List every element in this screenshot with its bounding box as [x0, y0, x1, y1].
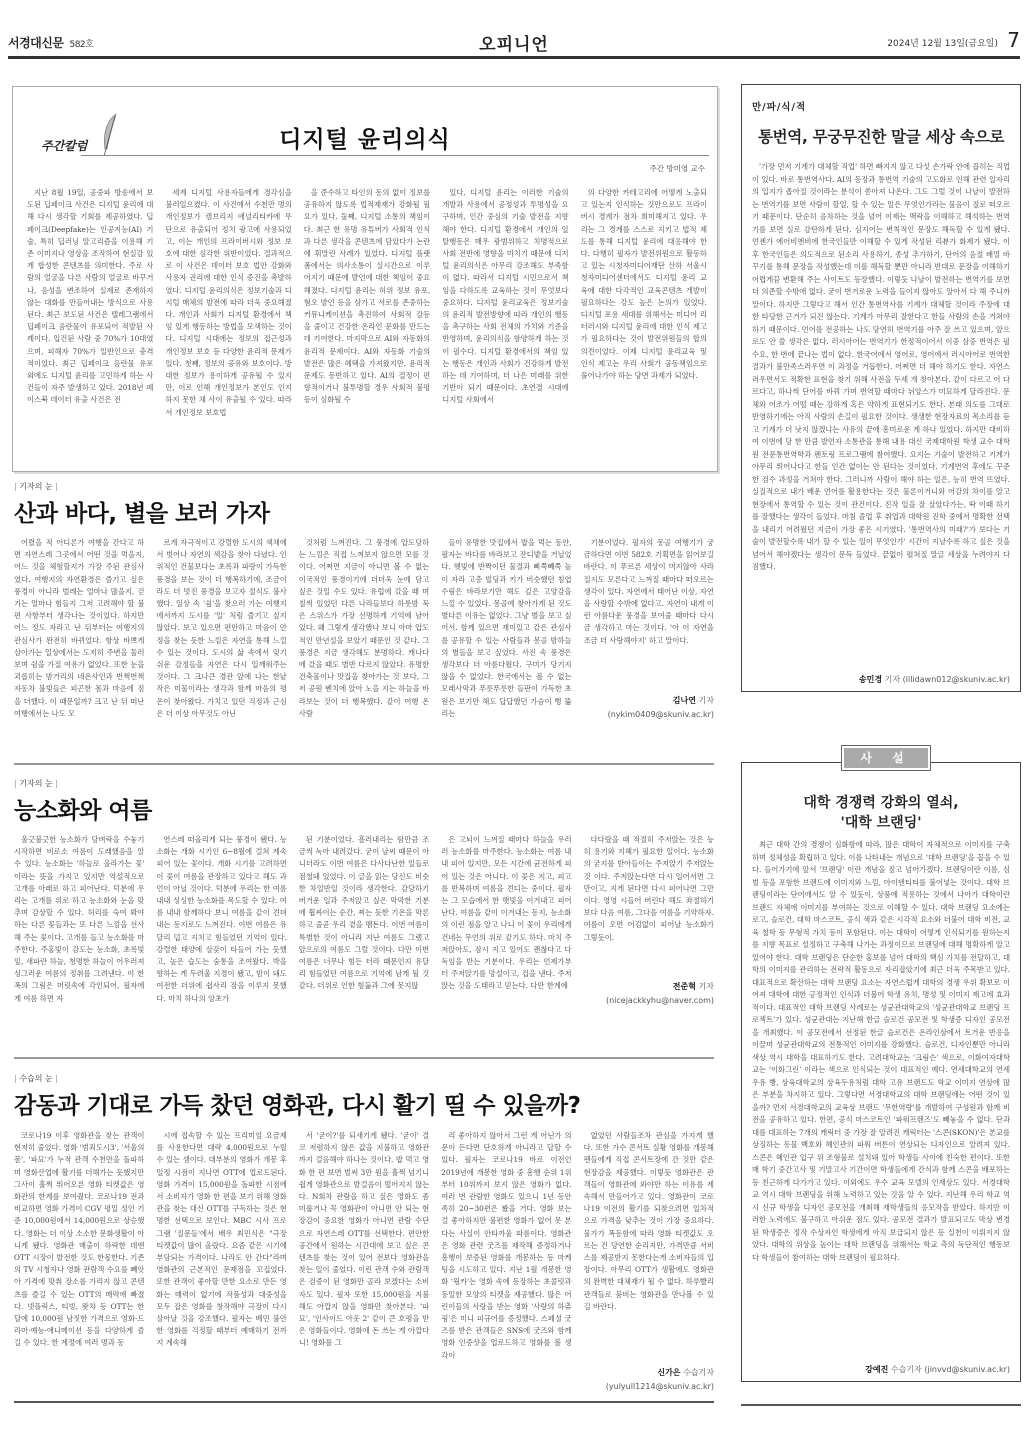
- author-email: (nykim0409@skuniv.ac.kr): [608, 710, 714, 719]
- body-column: 없었던 사람들조차 관심을 가지게 했다. 또한 가수 콘서트 실황 영화를 개…: [584, 1130, 714, 1365]
- body-column: 것처럼 느껴진다. 그 풍경에 압도당하는 느낌은 직접 느껴보지 않으면 모를…: [299, 537, 429, 747]
- column-byline: 주간 방미영 교수: [650, 163, 705, 174]
- author-name: 신가은: [657, 1368, 680, 1377]
- body-column: 울긋불긋한 능소화가 담벼락을 수놓기 시작하면 비로소 여름이 도래했음을 알…: [14, 834, 144, 1046]
- body-column: 다다랐을 때 적절히 주저앉는 것은 능히 용기와 지혜가 필요한 일이다. 능…: [584, 834, 714, 974]
- column-title: 디지털 윤리의식: [13, 121, 717, 154]
- article-headline: 감동과 기대로 가득 찼던 영화관, 다시 활기 띨 수 있을까?: [14, 1087, 580, 1120]
- column-title: 통번역, 무궁무진한 말글 세상 속으로: [742, 125, 1020, 147]
- manpasikjeok-column: 만/파/식/적 통번역, 무궁무진한 말글 세상 속으로 '가장 먼저 기계가 …: [741, 84, 1021, 692]
- section-divider: [14, 1057, 714, 1059]
- column-body: '가장 먼저 기계가 대체할 직업' 하면 빠지지 않고 다섯 손가락 안에 꼽…: [752, 161, 1010, 681]
- article-kicker: 기자의 눈: [14, 778, 58, 789]
- author-name: 김나연: [673, 696, 696, 705]
- section-divider: [14, 763, 714, 765]
- author-email: (yulyull1214@skuniv.ac.kr): [606, 1382, 714, 1391]
- masthead: 서경대신문582호 오피니언 2024년 12월 13일(금요일) 7: [8, 30, 1020, 56]
- body-column: 기분이었다. 필자의 몽골 여행기가 궁금하다면 이번 582호 기획면을 읽어…: [584, 537, 714, 682]
- weekly-column: 주간칼럼 디지털 윤리의식 주간 방미영 교수 지난 8월 19일, 공중파 방…: [12, 86, 718, 472]
- editorial: 대학 경쟁력 강화의 열쇠, '대학 브랜딩' 최근 대학 간의 경쟁이 심화함…: [741, 762, 1021, 1382]
- article-byline: 전준혁 기자 (nicejackkyhu@naver.com): [586, 980, 714, 1008]
- article-body: 울긋불긋한 능소화가 담벼락을 수놓기 시작하면 비로소 여름이 도래했음을 알…: [14, 834, 714, 1046]
- body-column: 연스레 떠올리게 되는 풍경이 됐다. 능소화는 개화 시기인 6~8월에 걸쳐…: [156, 834, 286, 1046]
- body-column: 르게 자극적이고 강렬한 도시의 색채에서 벗어나 자연의 색감을 찾아 다녔다…: [156, 537, 286, 747]
- article-byline: 김나연 기자 (nykim0409@skuniv.ac.kr): [586, 694, 714, 722]
- publication-date: 2024년 12월 13일(금요일): [887, 36, 998, 49]
- section-divider: [14, 1401, 714, 1403]
- author-name: 전준혁: [673, 982, 696, 991]
- editorial-title: 대학 경쟁력 강화의 열쇠, '대학 브랜딩': [742, 793, 1020, 833]
- article-kicker: 기자의 눈: [14, 481, 58, 492]
- author-role: 기자: [699, 696, 714, 705]
- column-byline: 송민경 기자 (lilidawn012@skuniv.ac.kr): [859, 673, 1010, 687]
- column-body: 지난 8월 19일, 공중파 방송에서 보도된 딥페이크 사건은 디지털 윤리에…: [27, 187, 707, 467]
- author-role: 수습기자: [891, 1365, 922, 1374]
- author-name: 강예진: [865, 1365, 888, 1374]
- body-column: 시에 접속할 수 있는 프리미엄 요금제를 사용한다면 대략 4,000원으로 …: [156, 1130, 286, 1398]
- author-name: 송민경: [859, 675, 882, 684]
- author-role: 기자: [699, 982, 714, 991]
- author-role: 기자: [885, 675, 900, 684]
- body-column: 을 준수하고 타인의 동의 없이 정보를 공유하지 않도록 법적제재가 강화될 …: [304, 187, 430, 467]
- body-column: 된 기분이었다. 흘러내리는 땀만큼 조금씩 녹아 내려갔다. 굳이 날씨 때문…: [299, 834, 429, 1046]
- page-number: 7: [1007, 28, 1020, 52]
- body-column: 있다. 디지털 윤리는 이러한 기술의 개발과 사용에서 공정성과 투명성을 요…: [442, 187, 568, 467]
- column-title-rule: [81, 155, 709, 156]
- column-kicker: 만/파/식/적: [752, 99, 806, 113]
- body-column: 은 고뇌이 느껴질 때마다 하늘을 우러러 능소화를 마주한다. 능소화는 여름…: [441, 834, 571, 1046]
- article-kicker: 수습의 눈: [14, 1073, 58, 1084]
- author-email: (nicejackkyhu@naver.com): [606, 996, 714, 1005]
- masthead-divider: [8, 56, 1020, 59]
- section-title: 오피니언: [8, 30, 1020, 55]
- editorial-body: 최근 대학 간의 경쟁이 심화함에 따라, 많은 대학이 자체적으로 이미지를 …: [752, 839, 1010, 1359]
- section-divider: [741, 1404, 1021, 1406]
- body-column: 서 '굳이?'를 되새기게 됐다. '굳이' 결코 저렴하지 않은 값을 지불하…: [299, 1130, 429, 1398]
- article-byline: 신가은 수습기자 (yulyull1214@skuniv.ac.kr): [586, 1366, 714, 1394]
- body-column: 코로나19 이후 영화관을 찾는 관객이 현저히 줄었다. 영화 '범죄도시3'…: [14, 1130, 144, 1398]
- article-headline: 산과 바다, 별을 보러 가자: [14, 495, 269, 528]
- author-email: (lilidawn012@skuniv.ac.kr): [903, 675, 1010, 684]
- article-headline: 능소화와 여름: [14, 792, 152, 825]
- article-body: 코로나19 이후 영화관을 찾는 관객이 현저히 줄었다. 영화 '범죄도시3'…: [14, 1130, 714, 1398]
- body-column: 지난 8월 19일, 공중파 방송에서 보도된 딥페이크 사건은 디지털 윤리에…: [27, 187, 153, 467]
- body-column: 어렸을 적 어디론가 여행을 간다고 하면 자연스레 그곳에서 어떤 것을 먹을…: [14, 537, 144, 747]
- author-role: 수습기자: [683, 1368, 714, 1377]
- author-email: (jinvvd@skuniv.ac.kr): [924, 1365, 1010, 1374]
- body-column: 리 좋아하지 않아서 그런 게 아닌가 의문이 든다면 단호하게 아니라고 답할…: [441, 1130, 571, 1398]
- body-column: 세계 디지털 사용자들에게 경각심을 불러일으켰다. 이 사건에서 수천만 명의…: [165, 187, 291, 467]
- body-column: 들이 유명한 맛집에서 밥을 먹는 동안, 필자는 바다를 바라보고 잔디밭을 …: [441, 537, 571, 747]
- body-column: 의 다양한 카테고리에 어떻게 노출되고 있는지 인식하는 것만으로도 프라이버…: [581, 187, 707, 467]
- editorial-byline: 강예진 수습기자 (jinvvd@skuniv.ac.kr): [865, 1363, 1010, 1377]
- editorial-tab-label: 사 설: [842, 746, 930, 770]
